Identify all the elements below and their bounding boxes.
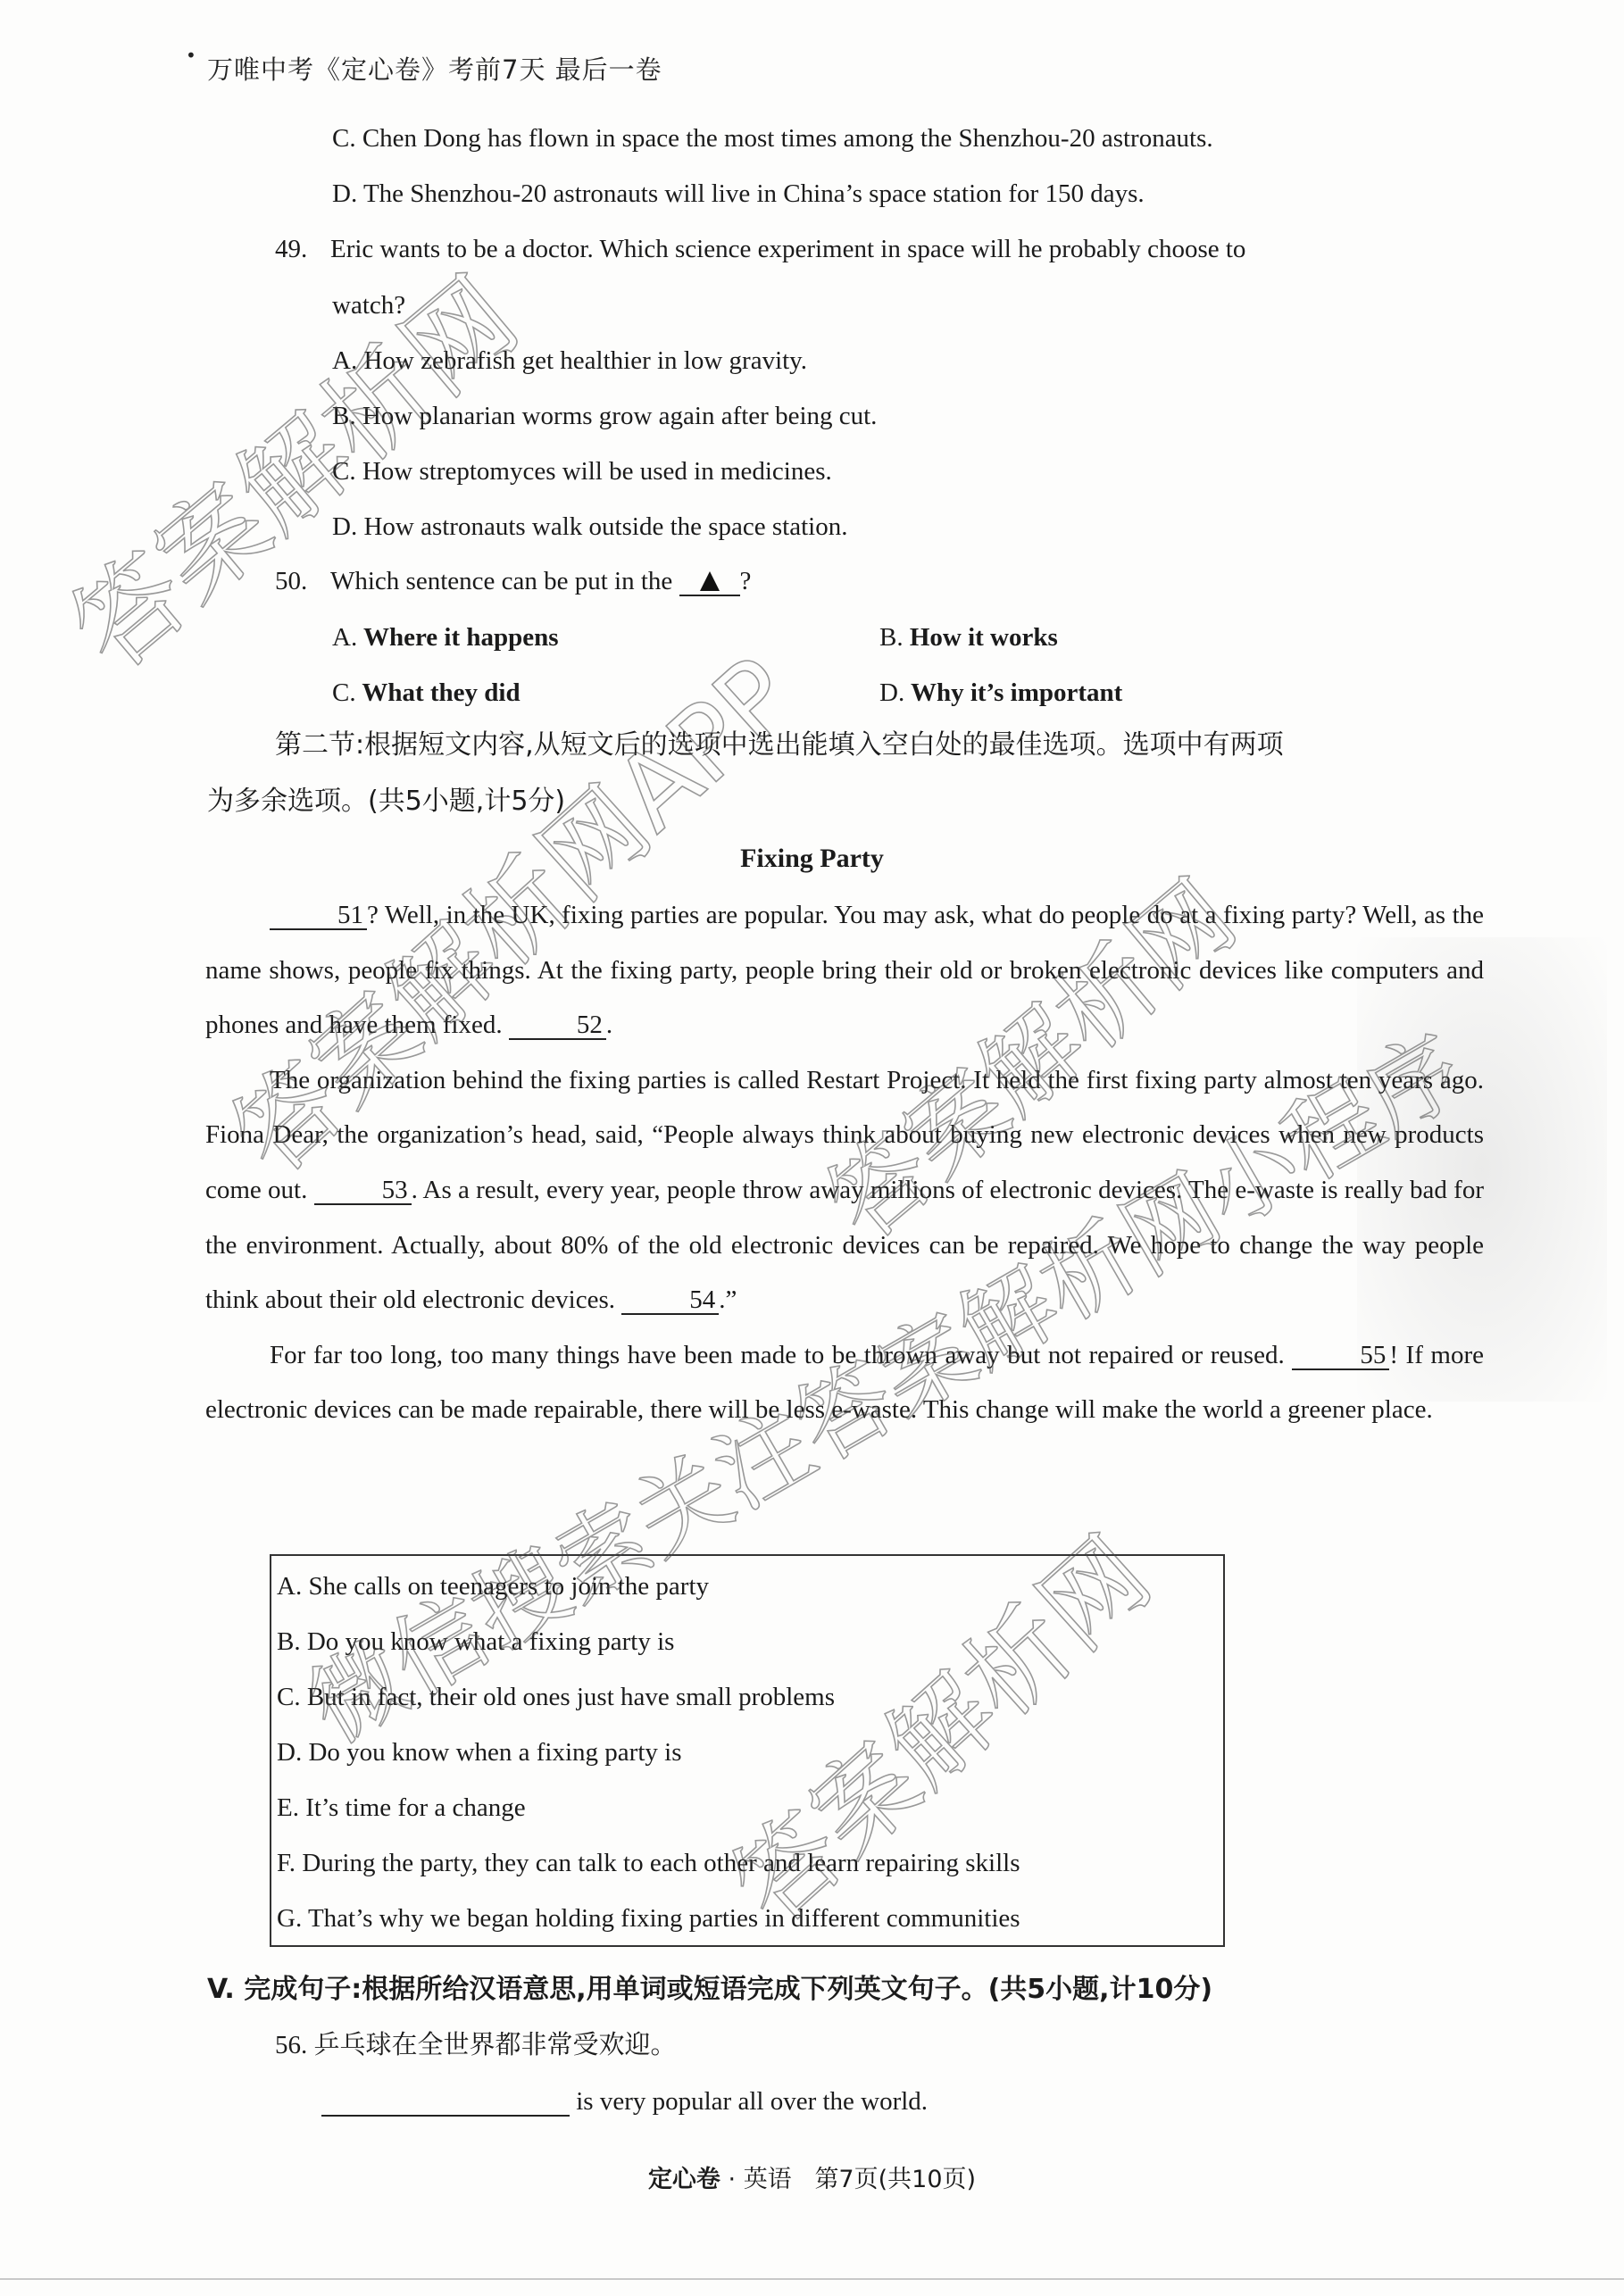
choice-text: That’s why we began holding fixing parti… <box>308 1904 1020 1933</box>
choice-letter: B. <box>277 1627 301 1656</box>
option-text: How planarian worms grow again after bei… <box>362 402 878 430</box>
blank-55: 55 <box>1292 1343 1389 1370</box>
choice-f: F. During the party, they can talk to ea… <box>277 1849 1020 1878</box>
choice-text: Do you know what a fixing party is <box>307 1627 675 1656</box>
q49-stem: 49.Eric wants to be a doctor. Which scie… <box>275 237 1245 262</box>
option-letter: D. <box>332 512 357 541</box>
choice-text: Do you know when a fixing party is <box>308 1738 681 1767</box>
q49-option-b: B. How planarian worms grow again after … <box>332 403 877 429</box>
question-text: Which sentence can be put in the <box>330 567 672 595</box>
choices-box: A. She calls on teenagers to join the pa… <box>270 1554 1225 1947</box>
question-chinese: 乒乓球在全世界都非常受欢迎。 <box>314 2029 677 2059</box>
option-letter: C. <box>332 124 356 153</box>
footer-separator: · <box>720 2166 744 2193</box>
q50-option-c: C. What they did <box>332 680 521 706</box>
choice-letter: E. <box>277 1793 299 1822</box>
option-letter: A. <box>332 346 357 375</box>
blank-53: 53 <box>314 1177 412 1205</box>
q48-option-d: D. The Shenzhou-20 astronauts will live … <box>332 181 1145 207</box>
option-text: How zebrafish get healthier in low gravi… <box>363 346 807 375</box>
paragraph-1: 51? Well, in the UK, fixing parties are … <box>205 888 1484 1053</box>
option-text: How it works <box>910 623 1058 652</box>
sentence-text: is very popular all over the world. <box>576 2087 928 2116</box>
option-letter: D. <box>879 678 904 707</box>
q50-option-b: B. How it works <box>879 625 1058 651</box>
option-letter: B. <box>332 402 356 430</box>
blank-54: 54 <box>621 1287 719 1315</box>
question-text: watch? <box>332 291 405 320</box>
section5-heading: V. 完成句子:根据所给汉语意思,用单词或短语完成下列英文句子。(共5小题,计1… <box>207 1976 1212 2003</box>
scan-edge <box>0 2278 1624 2280</box>
scan-dot: • <box>186 45 197 66</box>
passage-title: Fixing Party <box>0 844 1624 874</box>
question-text: Eric wants to be a doctor. Which science… <box>330 235 1245 263</box>
paragraph-text: .” <box>719 1285 737 1314</box>
choice-a: A. She calls on teenagers to join the pa… <box>277 1572 709 1601</box>
choice-letter: D. <box>277 1738 302 1767</box>
choice-text: But in fact, their old ones just have sm… <box>307 1683 835 1711</box>
choice-letter: F. <box>277 1849 296 1877</box>
paragraph-text: For far too long, too many things have b… <box>270 1341 1285 1369</box>
option-letter: D. <box>332 179 357 208</box>
option-letter: C. <box>332 678 356 707</box>
passage-body: 51? Well, in the UK, fixing parties are … <box>205 888 1484 1438</box>
choice-letter: A. <box>277 1572 302 1601</box>
page-header: • 万唯中考《定心卷》考前7天 最后一卷 <box>207 50 662 87</box>
answer-blank[interactable] <box>321 2089 570 2117</box>
option-letter: C. <box>332 457 356 486</box>
option-text: Where it happens <box>363 623 559 652</box>
paragraph-text: ? Well, in the UK, fixing parties are po… <box>205 901 1484 1039</box>
question-number: 56. <box>275 2031 307 2059</box>
blank-marker <box>679 569 740 596</box>
question-number: 50. <box>275 569 330 595</box>
choice-text: It’s time for a change <box>305 1793 525 1822</box>
paragraph-text: . <box>606 1011 612 1039</box>
footer-book: 定心卷 <box>648 2166 720 2193</box>
exam-page: • 万唯中考《定心卷》考前7天 最后一卷 C. Chen Dong has fl… <box>0 0 1624 2296</box>
section2-instruction-line1: 第二节:根据短文内容,从短文后的选项中选出能填入空白处的最佳选项。选项中有两项 <box>275 732 1284 759</box>
paragraph-3: For far too long, too many things have b… <box>205 1328 1484 1438</box>
q49-stem-cont: watch? <box>332 293 405 319</box>
q49-option-a: A. How zebrafish get healthier in low gr… <box>332 348 807 374</box>
header-title: 万唯中考《定心卷》考前7天 最后一卷 <box>207 54 662 85</box>
option-text: Chen Dong has flown in space the most ti… <box>362 124 1213 153</box>
option-letter: A. <box>332 623 357 652</box>
q56-answer-line: is very popular all over the world. <box>321 2089 928 2117</box>
option-text: How astronauts walk outside the space st… <box>363 512 847 541</box>
footer-subject: 英语 <box>744 2166 792 2193</box>
blank-51: 51 <box>270 903 367 930</box>
option-letter: B. <box>879 623 904 652</box>
option-text: Why it’s important <box>911 678 1122 707</box>
footer-page-info: 第7页(共10页) <box>814 2166 976 2193</box>
choice-g: G. That’s why we began holding fixing pa… <box>277 1904 1020 1934</box>
choice-b: B. Do you know what a fixing party is <box>277 1627 674 1657</box>
q56-stem: 56. 乒乓球在全世界都非常受欢迎。 <box>275 2032 677 2059</box>
option-text: What they did <box>362 678 520 707</box>
question-number: 49. <box>275 237 330 262</box>
option-text: How streptomyces will be used in medicin… <box>362 457 832 486</box>
choice-text: During the party, they can talk to each … <box>302 1849 1020 1877</box>
choice-text: She calls on teenagers to join the party <box>308 1572 709 1601</box>
choice-d: D. Do you know when a fixing party is <box>277 1738 681 1768</box>
q50-option-a: A. Where it happens <box>332 625 559 651</box>
q50-option-d: D. Why it’s important <box>879 680 1122 706</box>
page-footer: 定心卷 · 英语 第7页(共10页) <box>0 2159 1624 2194</box>
choice-letter: G. <box>277 1904 302 1933</box>
blank-52: 52 <box>509 1012 606 1040</box>
choice-letter: C. <box>277 1683 301 1711</box>
q50-stem: 50.Which sentence can be put in the ? <box>275 569 751 596</box>
q49-option-d: D. How astronauts walk outside the space… <box>332 514 847 540</box>
choice-e: E. It’s time for a change <box>277 1793 526 1823</box>
q49-option-c: C. How streptomyces will be used in medi… <box>332 459 832 485</box>
section2-instruction-line2: 为多余选项。(共5小题,计5分) <box>207 788 565 815</box>
question-mark: ? <box>740 567 752 595</box>
q48-option-c: C. Chen Dong has flown in space the most… <box>332 126 1213 152</box>
choice-c: C. But in fact, their old ones just have… <box>277 1683 835 1712</box>
paragraph-2: The organization behind the fixing parti… <box>205 1053 1484 1328</box>
triangle-icon <box>700 571 720 591</box>
option-text: The Shenzhou-20 astronauts will live in … <box>363 179 1145 208</box>
